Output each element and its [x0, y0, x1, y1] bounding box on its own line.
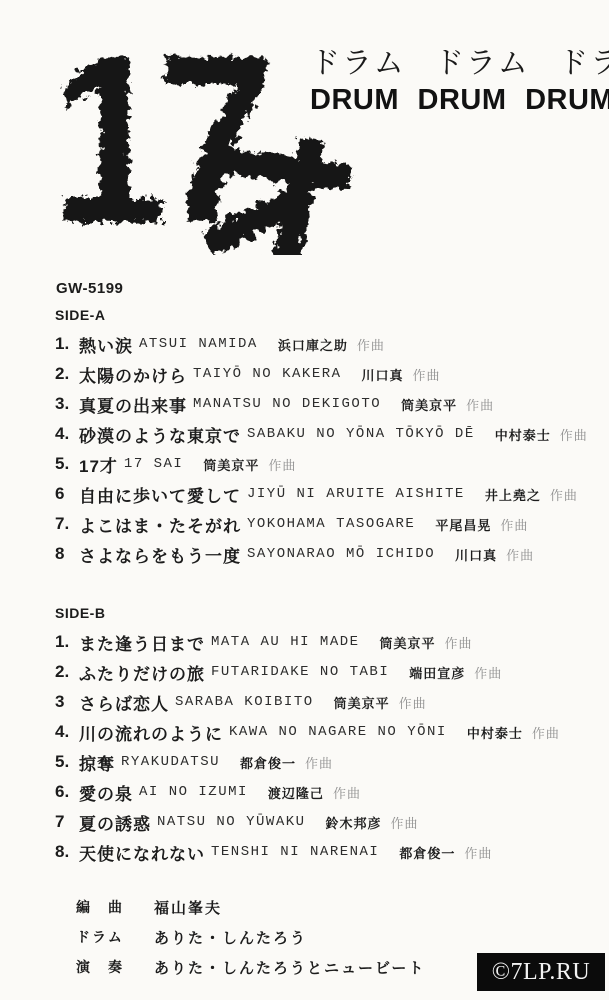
composer-name: 平尾昌晃	[435, 515, 491, 534]
track-row: 7 夏の誘惑 NATSU NO YŪWAKU 鈴木邦彦 作曲	[55, 807, 560, 837]
composer-name: 川口真	[455, 545, 497, 564]
track-row: 1. 熱い涙 ATSUI NAMIDA 浜口庫之助 作曲	[55, 329, 588, 359]
track-title-romaji: SARABA KOIBITO	[175, 694, 314, 710]
side-b-label: SIDE-B	[55, 605, 560, 627]
composed-by-label: 作曲	[305, 753, 333, 772]
composer-name: 井上堯之	[485, 485, 541, 504]
composed-by-label: 作曲	[474, 663, 502, 682]
track-title-jp: 真夏の出来事	[79, 392, 187, 417]
watermark-badge: ©7LP.RU	[477, 953, 605, 991]
composer-name: 端田宣彦	[409, 663, 465, 682]
composed-by-label: 作曲	[466, 395, 494, 414]
track-title-jp: 自由に歩いて愛して	[79, 482, 241, 507]
composer-name: 筒美京平	[380, 633, 436, 652]
track-number: 6	[55, 484, 77, 504]
track-number: 3	[55, 692, 77, 712]
track-number: 4.	[55, 722, 77, 742]
composer-name: 鈴木邦彦	[326, 813, 382, 832]
composed-by-label: 作曲	[550, 485, 578, 504]
track-row: 6. 愛の泉 AI NO IZUMI 渡辺隆己 作曲	[55, 777, 560, 807]
credit-name: 福山峯夫	[154, 897, 222, 918]
track-title-romaji: 17 SAI	[124, 456, 183, 472]
track-number: 2.	[55, 364, 77, 384]
track-number: 3.	[55, 394, 77, 414]
track-title-jp: さよならをもう一度	[79, 542, 241, 567]
track-title-jp: 天使になれない	[79, 840, 205, 865]
composed-by-label: 作曲	[560, 425, 588, 444]
track-title-jp: 熱い涙	[79, 332, 133, 357]
track-title-jp: 掠奪	[79, 750, 115, 775]
track-title-romaji: KAWA NO NAGARE NO YŌNI	[229, 724, 447, 740]
track-row: 4. 砂漠のような東京で SABAKU NO YŌNA TŌKYŌ DĒ 中村泰…	[55, 419, 588, 449]
composed-by-label: 作曲	[399, 693, 427, 712]
composed-by-label: 作曲	[413, 365, 441, 384]
track-title-romaji: SABAKU NO YŌNA TŌKYŌ DĒ	[247, 426, 475, 442]
composed-by-label: 作曲	[268, 455, 296, 474]
title-english: DRUM DRUM DRUM	[310, 84, 609, 117]
composed-by-label: 作曲	[500, 515, 528, 534]
title-katakana: ドラム ドラム ドラム	[310, 38, 609, 82]
composed-by-label: 作曲	[333, 783, 361, 802]
track-title-romaji: TENSHI NI NARENAI	[211, 844, 379, 860]
composer-name: 中村泰士	[495, 425, 551, 444]
credit-row: ドラム ありた・しんたろう	[76, 922, 425, 952]
track-title-romaji: YOKOHAMA TASOGARE	[247, 516, 415, 532]
track-title-jp: ふたりだけの旅	[79, 660, 205, 685]
composed-by-label: 作曲	[464, 843, 492, 862]
track-row: 2. 太陽のかけら TAIYŌ NO KAKERA 川口真 作曲	[55, 359, 588, 389]
side-a-tracklist: SIDE-A 1. 熱い涙 ATSUI NAMIDA 浜口庫之助 作曲 2. 太…	[55, 307, 588, 569]
composed-by-label: 作曲	[357, 335, 385, 354]
track-row: 3 さらば恋人 SARABA KOIBITO 筒美京平 作曲	[55, 687, 560, 717]
credit-role: 編 曲	[76, 897, 140, 917]
track-title-jp: よこはま・たそがれ	[79, 512, 241, 537]
track-row: 3. 真夏の出来事 MANATSU NO DEKIGOTO 筒美京平 作曲	[55, 389, 588, 419]
track-title-jp: 愛の泉	[79, 780, 133, 805]
track-title-romaji: RYAKUDATSU	[121, 754, 220, 770]
credit-role: ドラム	[76, 927, 140, 947]
composer-name: 都倉俊一	[240, 753, 296, 772]
track-row: 1. また逢う日まで MATA AU HI MADE 筒美京平 作曲	[55, 627, 560, 657]
composer-name: 渡辺隆己	[268, 783, 324, 802]
credit-row: 編 曲 福山峯夫	[76, 892, 425, 922]
composer-name: 筒美京平	[401, 395, 457, 414]
track-number: 1.	[55, 334, 77, 354]
composed-by-label: 作曲	[532, 723, 560, 742]
composer-name: 川口真	[362, 365, 404, 384]
track-number: 6.	[55, 782, 77, 802]
track-title-jp: 砂漠のような東京で	[79, 422, 241, 447]
track-row: 8. 天使になれない TENSHI NI NARENAI 都倉俊一 作曲	[55, 837, 560, 867]
track-row: 5. 17才 17 SAI 筒美京平 作曲	[55, 449, 588, 479]
track-row: 5. 掠奪 RYAKUDATSU 都倉俊一 作曲	[55, 747, 560, 777]
side-a-label: SIDE-A	[55, 307, 588, 329]
track-title-romaji: MATA AU HI MADE	[211, 634, 360, 650]
track-number: 7	[55, 812, 77, 832]
catalog-number: GW-5199	[56, 280, 123, 297]
track-number: 2.	[55, 662, 77, 682]
track-number: 4.	[55, 424, 77, 444]
track-row: 4. 川の流れのように KAWA NO NAGARE NO YŌNI 中村泰士 …	[55, 717, 560, 747]
track-number: 1.	[55, 632, 77, 652]
composer-name: 筒美京平	[203, 455, 259, 474]
track-title-romaji: MANATSU NO DEKIGOTO	[193, 396, 381, 412]
track-row: 7. よこはま・たそがれ YOKOHAMA TASOGARE 平尾昌晃 作曲	[55, 509, 588, 539]
side-b-tracklist: SIDE-B 1. また逢う日まで MATA AU HI MADE 筒美京平 作…	[55, 605, 560, 867]
album-back-cover: 17 ドラム ドラム ドラム DRUM DRUM DRUM GW-5199 SI…	[0, 0, 609, 1000]
track-title-jp: 17才	[79, 452, 118, 477]
credit-name: ありた・しんたろうとニュービート	[154, 957, 425, 978]
header-title-block: ドラム ドラム ドラム DRUM DRUM DRUM	[310, 38, 609, 117]
credit-role: 演 奏	[76, 957, 140, 977]
track-title-jp: さらば恋人	[79, 690, 169, 715]
track-number: 5.	[55, 454, 77, 474]
track-number: 5.	[55, 752, 77, 772]
track-title-romaji: JIYŪ NI ARUITE AISHITE	[247, 486, 465, 502]
credit-name: ありた・しんたろう	[154, 927, 307, 948]
track-number: 8.	[55, 842, 77, 862]
track-title-romaji: NATSU NO YŪWAKU	[157, 814, 306, 830]
credits-block: 編 曲 福山峯夫 ドラム ありた・しんたろう 演 奏 ありた・しんたろうとニュー…	[76, 892, 425, 982]
track-title-romaji: TAIYŌ NO KAKERA	[193, 366, 342, 382]
composed-by-label: 作曲	[506, 545, 534, 564]
track-row: 6 自由に歩いて愛して JIYŪ NI ARUITE AISHITE 井上堯之 …	[55, 479, 588, 509]
track-row: 8 さよならをもう一度 SAYONARAO MŌ ICHIDO 川口真 作曲	[55, 539, 588, 569]
credit-row: 演 奏 ありた・しんたろうとニュービート	[76, 952, 425, 982]
composer-name: 浜口庫之助	[278, 335, 348, 354]
track-title-romaji: SAYONARAO MŌ ICHIDO	[247, 546, 435, 562]
track-title-romaji: FUTARIDAKE NO TABI	[211, 664, 389, 680]
track-number: 8	[55, 544, 77, 564]
track-title-jp: また逢う日まで	[79, 630, 205, 655]
composer-name: 都倉俊一	[399, 843, 455, 862]
composer-name: 筒美京平	[334, 693, 390, 712]
composer-name: 中村泰士	[467, 723, 523, 742]
composed-by-label: 作曲	[445, 633, 473, 652]
composed-by-label: 作曲	[391, 813, 419, 832]
track-title-romaji: ATSUI NAMIDA	[139, 336, 258, 352]
track-row: 2. ふたりだけの旅 FUTARIDAKE NO TABI 端田宣彦 作曲	[55, 657, 560, 687]
track-title-jp: 川の流れのように	[79, 720, 223, 745]
track-title-jp: 夏の誘惑	[79, 810, 151, 835]
track-number: 7.	[55, 514, 77, 534]
track-title-romaji: AI NO IZUMI	[139, 784, 248, 800]
track-title-jp: 太陽のかけら	[79, 362, 187, 387]
